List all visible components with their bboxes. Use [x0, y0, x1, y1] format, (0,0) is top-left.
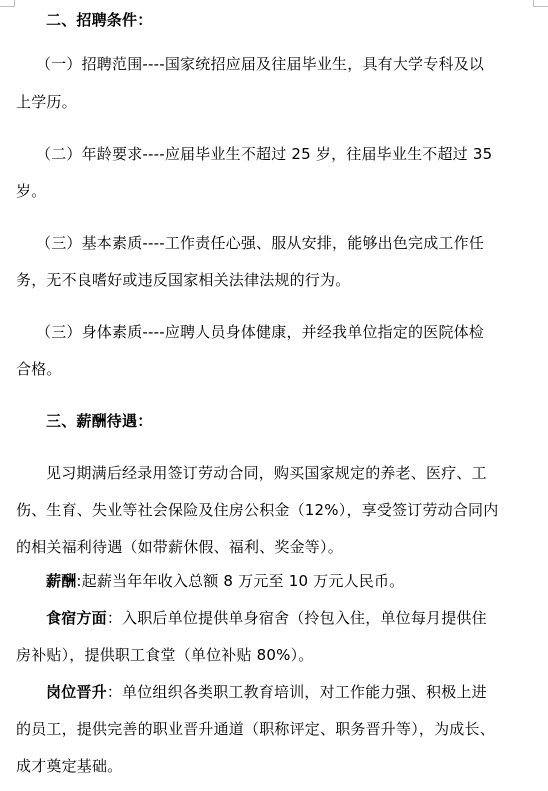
- condition-scope-line1: （一）招聘范围----国家统招应届及往届毕业生，具有大学专科及以: [36, 54, 484, 74]
- condition-health-line2: 合格。: [16, 359, 62, 379]
- housing-paragraph-line1: 食宿方面：入职后单位提供单身宿舍（拎包入住，单位每月提供住: [46, 608, 487, 628]
- condition-quality-line2: 务，无不良嗜好或违反国家相关法律法规的行为。: [16, 270, 350, 290]
- section-heading-compensation: 三、薪酬待遇：: [46, 411, 152, 431]
- condition-scope-line2: 上学历。: [16, 92, 77, 112]
- salary-label: 薪酬: [46, 572, 76, 590]
- housing-text: ：入职后单位提供单身宿舍（拎包入住，单位每月提供住: [107, 609, 487, 627]
- section-heading-recruitment-conditions: 二、招聘条件：: [46, 10, 152, 30]
- housing-paragraph-line2: 房补贴），提供职工食堂（单位补贴 80%）。: [16, 645, 314, 665]
- compensation-intro-line2: 伤、生育、失业等社会保险及住房公积金（12%），享受签订劳动合同内: [16, 500, 498, 520]
- promotion-paragraph-line3: 成才奠定基础。: [16, 756, 122, 776]
- salary-paragraph: 薪酬:起薪当年年收入总额 8 万元至 10 万元人民币。: [46, 571, 404, 591]
- compensation-intro-line1: 见习期满后经录用签订劳动合同，购买国家规定的养老、医疗、工: [46, 463, 487, 483]
- promotion-paragraph-line2: 的员工，提供完善的职业晋升通道（职称评定、职务晋升等），为成长、: [16, 719, 495, 739]
- condition-quality-line1: （三）基本素质----工作责任心强、服从安排，能够出色完成工作任: [36, 233, 484, 253]
- page-corner-mark-left: [0, 0, 15, 7]
- promotion-label: 岗位晋升: [46, 683, 107, 701]
- promotion-text: ：单位组织各类职工教育培训，对工作能力强、积极上进: [107, 683, 487, 701]
- condition-age-line2: 岁。: [16, 181, 46, 201]
- condition-age-line1: （二）年龄要求----应届毕业生不超过 25 岁，往届毕业生不超过 35: [36, 144, 492, 164]
- page-corner-mark-right: [533, 0, 548, 7]
- housing-label: 食宿方面: [46, 609, 107, 627]
- promotion-paragraph-line1: 岗位晋升：单位组织各类职工教育培训，对工作能力强、积极上进: [46, 682, 487, 702]
- salary-text: :起薪当年年收入总额 8 万元至 10 万元人民币。: [76, 572, 404, 590]
- compensation-intro-line3: 的相关福利待遇（如带薪休假、福利、奖金等）。: [16, 537, 343, 557]
- condition-health-line1: （三）身体素质----应聘人员身体健康，并经我单位指定的医院体检: [36, 322, 484, 342]
